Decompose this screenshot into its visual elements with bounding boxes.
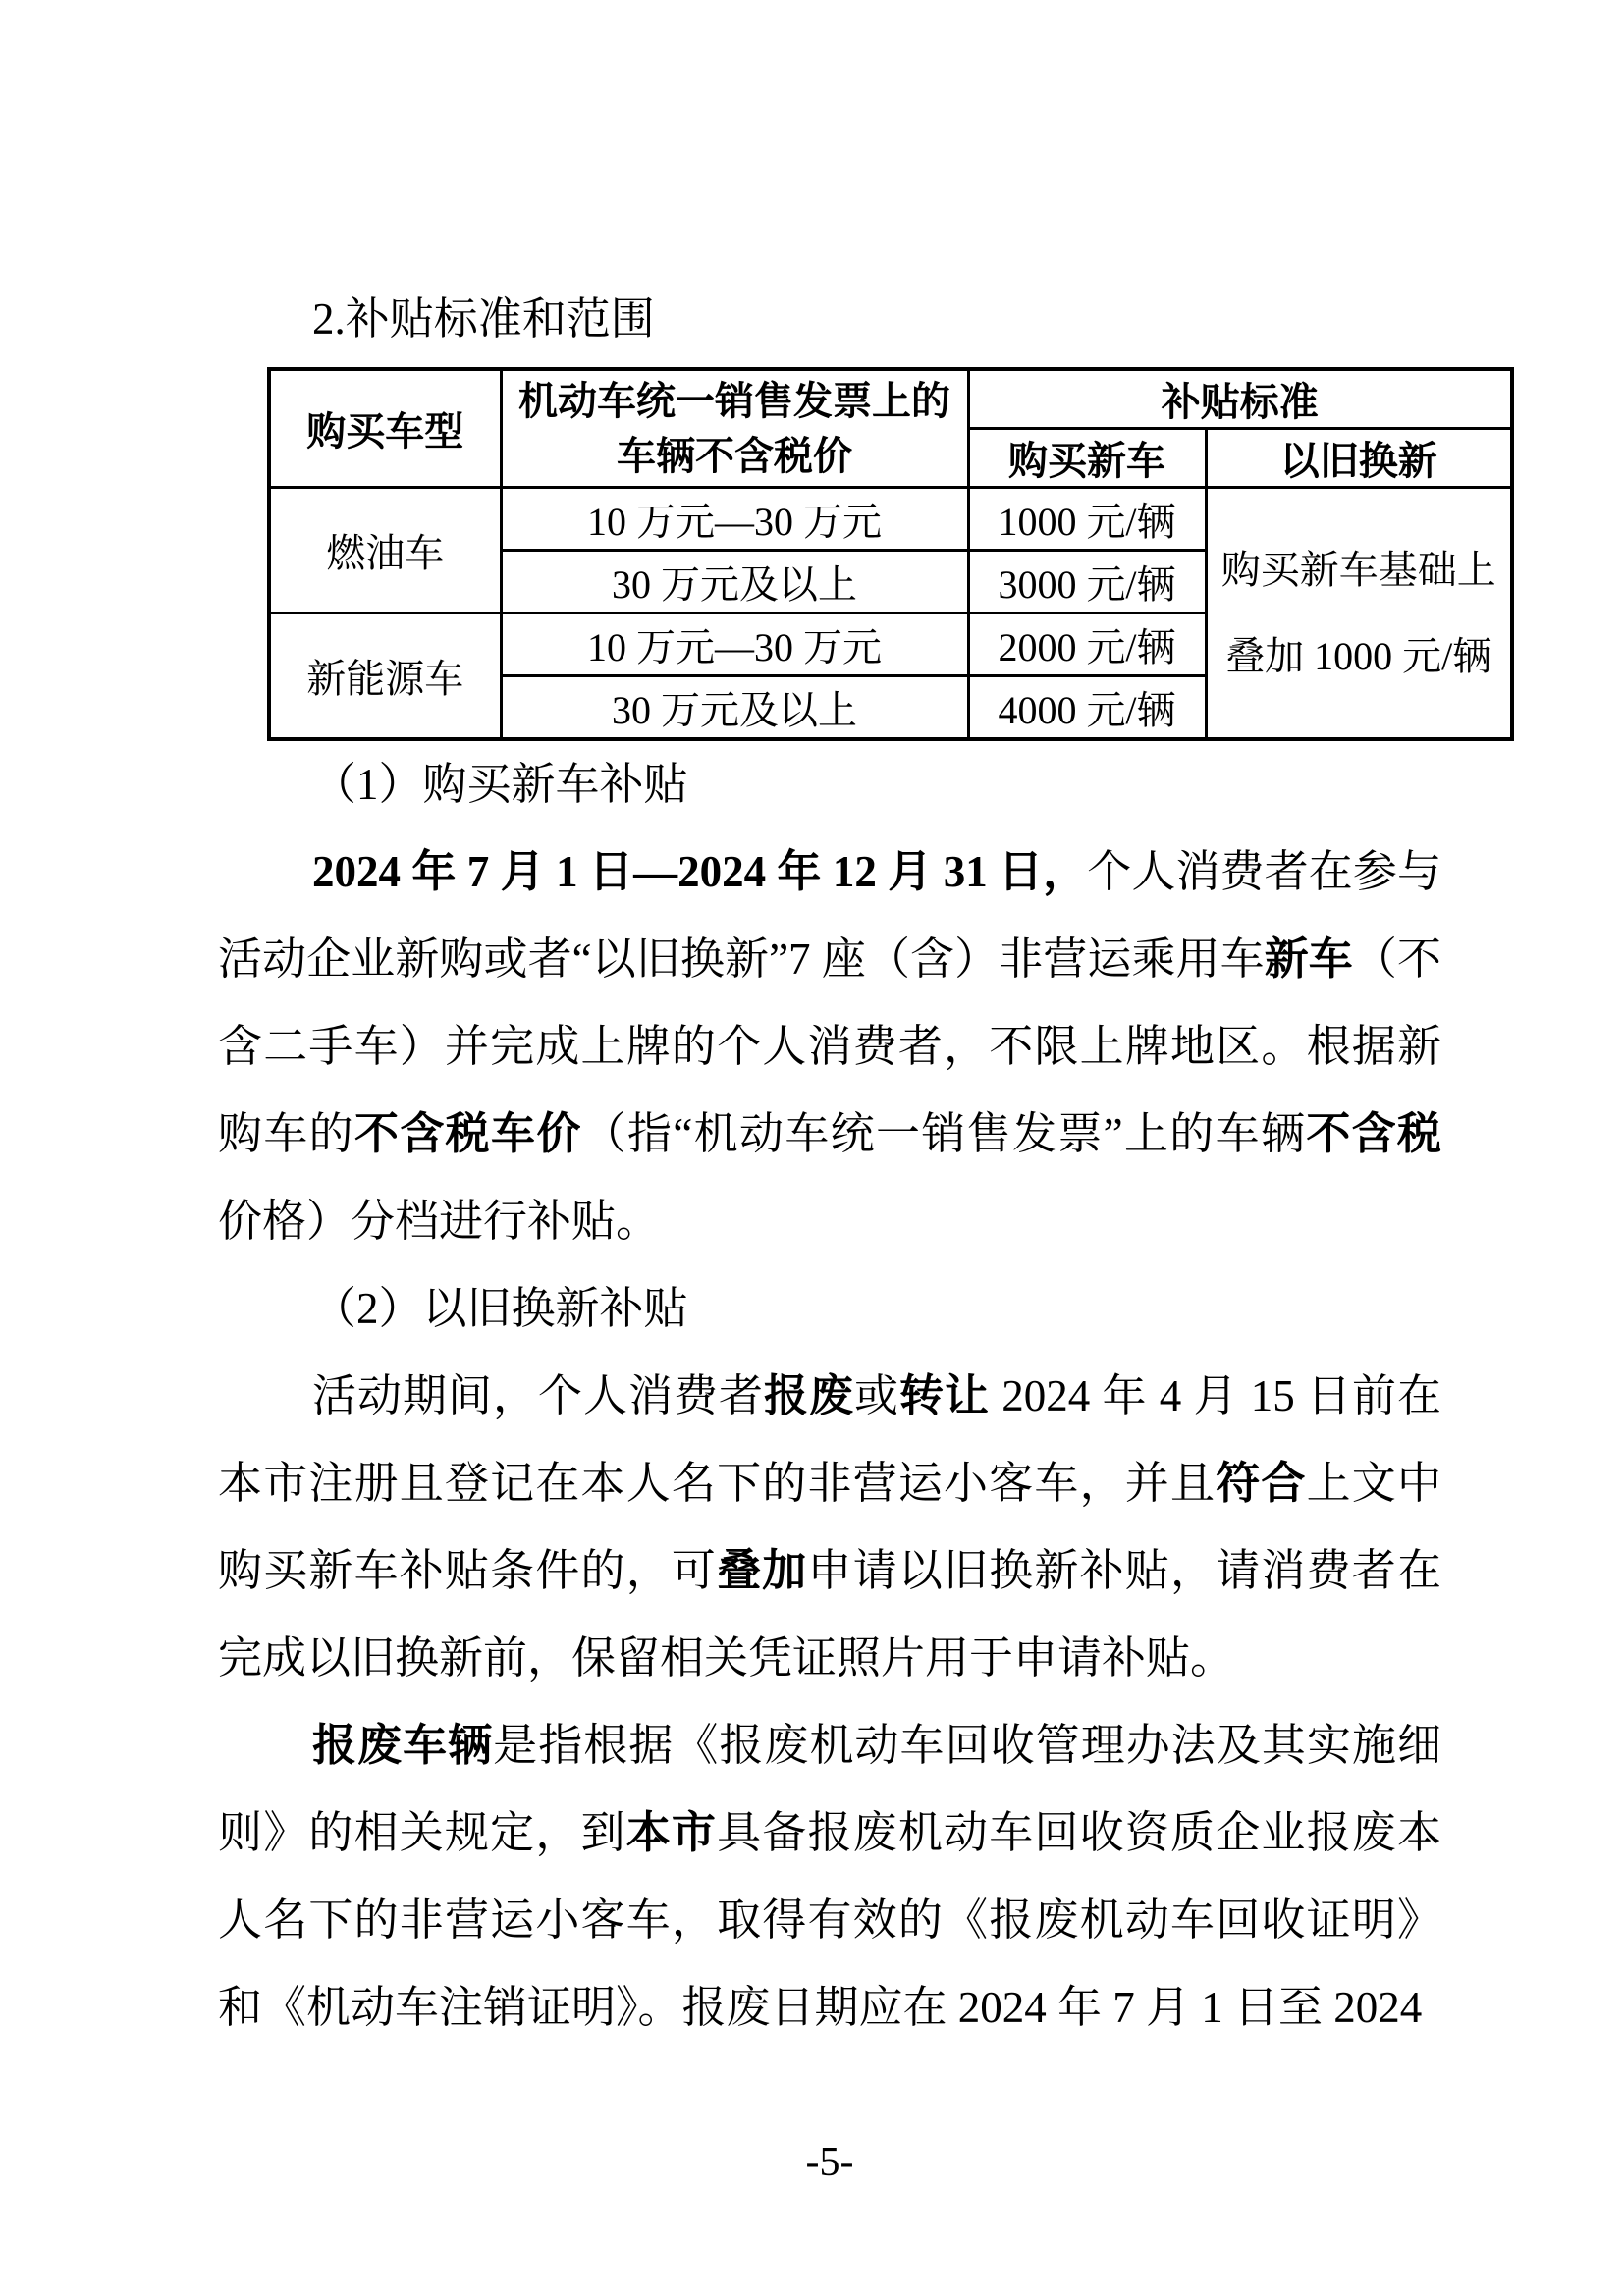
invoice-price-line2: 车辆不含税价 [503,429,967,484]
paragraph-trade-in-subsidy: 活动期间，个人消费者报废或转让 2024 年 4 月 15 日前在本市注册且登记… [218,1353,1441,1702]
trade-in-note-line1: 购买新车基础上 [1208,527,1511,614]
cell-new-car-subsidy: 2000 元/辆 [968,614,1206,676]
subsection-2-heading: （2）以旧换新补贴 [218,1265,1441,1353]
cell-vehicle-nev: 新能源车 [269,614,501,740]
col-header-vehicle-type: 购买车型 [269,369,501,488]
paragraph-new-car-subsidy: 2024 年 7 月 1 日—2024 年 12 月 31 日，个人消费者在参与… [218,828,1441,1265]
cell-price-range: 10 万元—30 万元 [501,614,968,676]
cell-new-car-subsidy: 4000 元/辆 [968,676,1206,740]
paragraph-scrapped-vehicle: 报废车辆是指根据《报废机动车回收管理办法及其实施细则》的相关规定，到本市具备报废… [218,1702,1441,2052]
subsidy-table: 购买车型 机动车统一销售发票上的 车辆不含税价 补贴标准 购买新车 以旧换新 燃… [267,367,1514,741]
cell-price-range: 30 万元及以上 [501,551,968,614]
col-header-new-car: 购买新车 [968,429,1206,488]
cell-price-range: 30 万元及以上 [501,676,968,740]
cell-vehicle-fuel: 燃油车 [269,488,501,614]
col-header-trade-in: 以旧换新 [1206,429,1512,488]
table-header-row-1: 购买车型 机动车统一销售发票上的 车辆不含税价 补贴标准 [269,369,1512,429]
page-number: -5- [218,2138,1441,2187]
col-header-invoice-price: 机动车统一销售发票上的 车辆不含税价 [501,369,968,488]
document-page: 2.补贴标准和范围 购买车型 机动车统一销售发票上的 车辆不含税价 补贴标准 购… [0,0,1624,2296]
invoice-price-line1: 机动车统一销售发票上的 [503,374,967,429]
subsection-1-heading: （1）购买新车补贴 [218,741,1441,828]
cell-new-car-subsidy: 1000 元/辆 [968,488,1206,551]
col-header-subsidy-standard: 补贴标准 [968,369,1512,429]
cell-price-range: 10 万元—30 万元 [501,488,968,551]
cell-new-car-subsidy: 3000 元/辆 [968,551,1206,614]
trade-in-note-line2: 叠加 1000 元/辆 [1208,614,1511,700]
cell-trade-in-note: 购买新车基础上 叠加 1000 元/辆 [1206,488,1512,740]
section-heading: 2.补贴标准和范围 [312,279,1441,359]
table-row-fuel-1: 燃油车 10 万元—30 万元 1000 元/辆 购买新车基础上 叠加 1000… [269,488,1512,551]
